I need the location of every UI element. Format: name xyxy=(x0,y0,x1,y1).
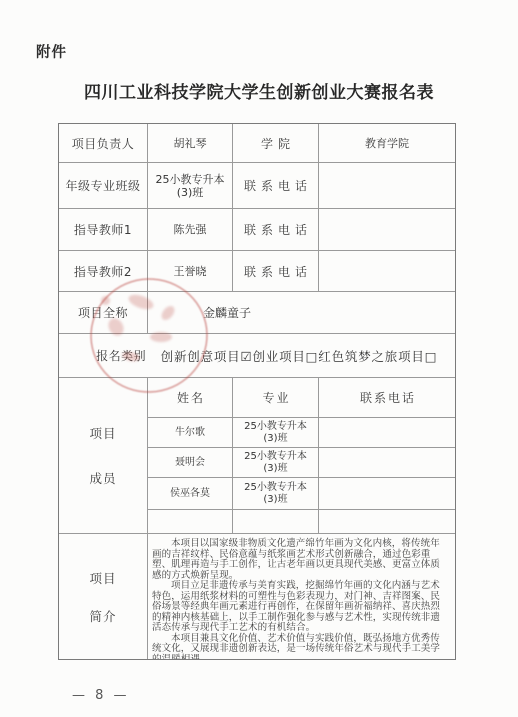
form-title: 四川工业科技学院大学生创新创业大赛报名表 xyxy=(0,78,518,103)
member-4-major xyxy=(233,510,319,533)
intro-section: 项目 简介 本项目以国家级非物质文化遗产绵竹年画为文化内核，将传统年画的吉祥纹样… xyxy=(59,534,455,659)
member-phone-header: 联系电话 xyxy=(319,378,455,417)
intro-label: 项目 简介 xyxy=(59,534,148,659)
member-4-phone xyxy=(319,510,455,533)
project-name-label: 项目全称 xyxy=(59,292,148,333)
phone-value-2 xyxy=(319,209,455,250)
member-3-phone xyxy=(319,478,455,509)
project-leader-value: 胡礼琴 xyxy=(148,124,233,162)
member-row-empty xyxy=(148,510,455,533)
page-number: — 8 — xyxy=(72,688,130,703)
phone-label-3: 联系电话 xyxy=(233,251,319,291)
member-3-name: 侯巫各莫 xyxy=(148,478,233,509)
phone-value-1 xyxy=(319,163,455,208)
members-header-row: 姓名 专业 联系电话 xyxy=(148,378,455,418)
intro-paragraph-1: 本项目以国家级非物质文化遗产绵竹年画为文化内核，将传统年画的吉祥纹样、民俗意蕴与… xyxy=(152,539,448,581)
member-row-1: 牛尔歌 25小教专升本(3)班 xyxy=(148,418,455,448)
attachment-label: 附件 xyxy=(36,41,67,62)
intro-label-line1: 项目 xyxy=(89,569,116,587)
category-checkbox-options: 创新创意项目☑创业项目□红色筑梦之旅项目□ xyxy=(161,347,438,365)
row-advisor-1: 指导教师1 陈先强 联系电话 xyxy=(59,209,455,251)
member-2-name: 聂明会 xyxy=(148,448,233,477)
advisor-2-value: 王誉晓 xyxy=(148,251,233,291)
member-row-2: 聂明会 25小教专升本(3)班 xyxy=(148,448,455,478)
row-category: 报名类别 创新创意项目☑创业项目□红色筑梦之旅项目□ xyxy=(59,334,455,378)
category-cell: 报名类别 创新创意项目☑创业项目□红色筑梦之旅项目□ xyxy=(59,334,455,377)
advisor-1-label: 指导教师1 xyxy=(59,209,148,250)
category-label: 报名类别 xyxy=(77,347,166,364)
row-project-name: 项目全称 金麟童子 xyxy=(59,292,455,334)
intro-paragraph-3: 本项目兼具文化价值、艺术价值与实践价值，既弘扬地方优秀传统文化，又展现非遗创新表… xyxy=(152,634,448,660)
members-label-line1: 项目 xyxy=(89,424,116,442)
project-leader-label: 项目负责人 xyxy=(59,124,148,162)
member-2-phone xyxy=(319,448,455,477)
member-3-major: 25小教专升本(3)班 xyxy=(233,478,319,509)
intro-text: 本项目以国家级非物质文化遗产绵竹年画为文化内核，将传统年画的吉祥纹样、民俗意蕴与… xyxy=(148,534,455,659)
advisor-2-label: 指导教师2 xyxy=(59,251,148,291)
member-row-3: 侯巫各莫 25小教专升本(3)班 xyxy=(148,478,455,510)
members-label-line2: 成员 xyxy=(89,469,116,487)
college-label: 学院 xyxy=(233,124,319,162)
members-label: 项目 成员 xyxy=(59,378,148,533)
intro-paragraph-2: 项目立足非遗传承与美育实践，挖掘绵竹年画的文化内涵与艺术特色，运用纸浆材料的可塑… xyxy=(152,581,448,634)
row-grade-class: 年级专业班级 25小教专升本(3)班 联系电话 xyxy=(59,163,455,209)
project-name-value: 金麟童子 xyxy=(148,292,455,333)
member-1-name: 牛尔歌 xyxy=(148,418,233,447)
member-name-header: 姓名 xyxy=(148,378,233,417)
members-section: 项目 成员 姓名 专业 联系电话 牛尔歌 25小教专升本(3)班 聂明会 25小… xyxy=(59,378,455,534)
member-1-phone xyxy=(319,418,455,447)
grade-class-label: 年级专业班级 xyxy=(59,163,148,208)
row-advisor-2: 指导教师2 王誉晓 联系电话 xyxy=(59,251,455,292)
phone-label-2: 联系电话 xyxy=(233,209,319,250)
member-2-major: 25小教专升本(3)班 xyxy=(233,448,319,477)
college-value: 教育学院 xyxy=(319,124,455,162)
members-subtable: 姓名 专业 联系电话 牛尔歌 25小教专升本(3)班 聂明会 25小教专升本(3… xyxy=(148,378,455,533)
phone-value-3 xyxy=(319,251,455,291)
member-4-name xyxy=(148,510,233,533)
grade-class-value: 25小教专升本(3)班 xyxy=(148,163,233,208)
member-1-major: 25小教专升本(3)班 xyxy=(233,418,319,447)
phone-label-1: 联系电话 xyxy=(233,163,319,208)
intro-label-line2: 简介 xyxy=(89,607,116,625)
scanned-form-page: { "page": { "attachment_label": "附件", "t… xyxy=(0,0,518,717)
member-major-header: 专业 xyxy=(233,378,319,417)
registration-form-table: 项目负责人 胡礼琴 学院 教育学院 年级专业班级 25小教专升本(3)班 联系电… xyxy=(58,123,456,660)
advisor-1-value: 陈先强 xyxy=(148,209,233,250)
row-project-leader: 项目负责人 胡礼琴 学院 教育学院 xyxy=(59,124,455,163)
